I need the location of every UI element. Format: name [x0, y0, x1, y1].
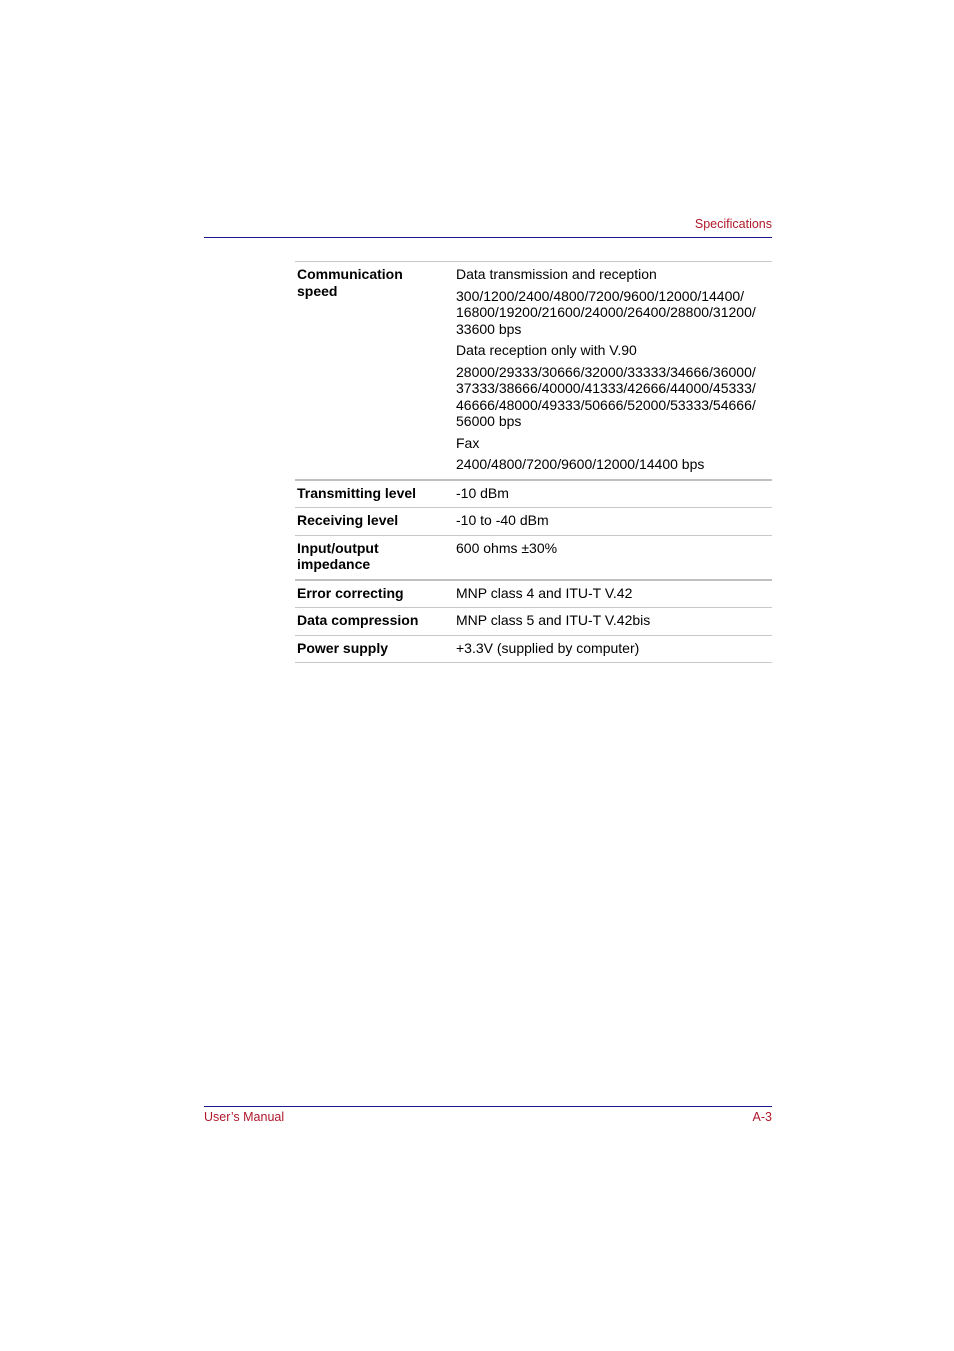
- row-value: +3.3V (supplied by computer): [456, 635, 772, 663]
- table-row-communication-speed: Communication speed Data transmission an…: [295, 262, 772, 480]
- row-label: Input/output impedance: [295, 535, 456, 580]
- row-label: Receiving level: [295, 508, 456, 536]
- row-value: 600 ohms ±30%: [456, 535, 772, 580]
- value-paragraph: 28000/29333/30666/32000/33333/34666/3600…: [456, 364, 772, 430]
- table-row-impedance: Input/output impedance 600 ohms ±30%: [295, 535, 772, 580]
- page-number: A-3: [753, 1110, 772, 1124]
- value-paragraph: Data transmission and reception: [456, 266, 772, 283]
- row-label: Communication speed: [295, 262, 456, 480]
- footer-divider: [204, 1106, 772, 1107]
- table-row-data-compression: Data compression MNP class 5 and ITU-T V…: [295, 608, 772, 636]
- row-label: Transmitting level: [295, 480, 456, 508]
- value-paragraph: 300/1200/2400/4800/7200/9600/12000/14400…: [456, 288, 772, 338]
- row-value: Data transmission and reception 300/1200…: [456, 262, 772, 480]
- table-row-transmitting-level: Transmitting level -10 dBm: [295, 480, 772, 508]
- row-value: MNP class 5 and ITU-T V.42bis: [456, 608, 772, 636]
- running-header-title: Specifications: [695, 217, 772, 231]
- row-value: MNP class 4 and ITU-T V.42: [456, 580, 772, 608]
- row-value: -10 to -40 dBm: [456, 508, 772, 536]
- modem-specifications-table: Communication speed Data transmission an…: [295, 261, 772, 663]
- header-divider: [204, 237, 772, 238]
- value-paragraph: 2400/4800/7200/9600/12000/14400 bps: [456, 456, 772, 473]
- value-paragraph: Data reception only with V.90: [456, 342, 772, 359]
- value-paragraph: Fax: [456, 435, 772, 452]
- row-label: Data compression: [295, 608, 456, 636]
- table-row-power-supply: Power supply +3.3V (supplied by computer…: [295, 635, 772, 663]
- row-label: Error correcting: [295, 580, 456, 608]
- footer-manual-title: User’s Manual: [204, 1110, 284, 1124]
- table-row-receiving-level: Receiving level -10 to -40 dBm: [295, 508, 772, 536]
- table-row-error-correcting: Error correcting MNP class 4 and ITU-T V…: [295, 580, 772, 608]
- row-label: Power supply: [295, 635, 456, 663]
- row-value: -10 dBm: [456, 480, 772, 508]
